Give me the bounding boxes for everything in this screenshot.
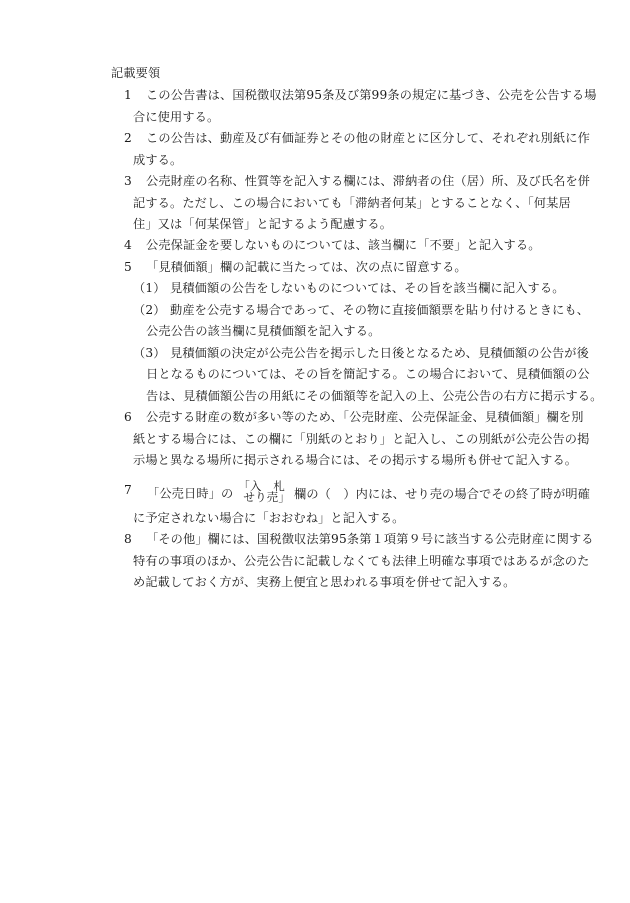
item-2-line-2: 成する。 (133, 153, 182, 167)
item-3-line-2: 記する。ただし、この場合においても「滞納者何某」とすることなく、「何某居 (133, 196, 571, 210)
item-7-line-1: 「公売日時」の「入 札せり売」欄の（ ）内には、せり売の場合でその終了時が明確 (147, 483, 590, 505)
item-1-number: 1 (124, 88, 132, 102)
item-4-line-1: 公売保証金を要しないものについては、該当欄に「不要」と記入する。 (146, 238, 541, 252)
item-7-line-2: に予定されない場合に「おおむね」と記入する。 (133, 511, 404, 525)
item-7-number: 7 (124, 483, 132, 497)
item-3-number: 3 (124, 174, 132, 188)
item-3-line-1: 公売財産の名称、性質等を記入する欄には、滞納者の住（居）所、及び氏名を併 (146, 174, 590, 188)
item-4-number: 4 (124, 238, 132, 252)
item-5-number: 5 (124, 260, 132, 274)
subitem-1-line-1: 見積価額の公告をしないものについては、その旨を該当欄に記入する。 (170, 281, 565, 295)
item-6-line-2: 紙とする場合には、この欄に「別紙のとおり」と記入し、この別紙が公売公告の掲 (133, 432, 590, 446)
item-7-before: 「公売日時」の (147, 487, 233, 501)
item-6-number: 6 (124, 410, 132, 424)
stack-bottom: せり売」 (233, 492, 290, 503)
item-8-number: 8 (124, 532, 132, 546)
item-6-line-1: 公売する財産の数が多い等のため、「公売財産、公売保証金、見積価額」欄を別 (146, 410, 584, 424)
item-1-line-2: 合に使用する。 (133, 110, 219, 124)
subitem-2-line-1: 動産を公売する場合であって、その物に直接価額票を貼り付けるときにも、 (170, 303, 589, 317)
item-5-line-1: 「見積価額」欄の記載に当たっては、次の点に留意する。 (146, 260, 467, 274)
item-8-line-3: め記載しておく方が、実務上便宜と思われる事項を併せて記入する。 (133, 575, 515, 589)
item-3-line-3: 住」又は「何某保管」と記するよう配慮する。 (133, 217, 392, 231)
subitem-2-line-2: 公売公告の該当欄に見積価額を記入する。 (146, 324, 380, 338)
document-page: 記載要領 1 この公告書は、国税徴収法第95条及び第99条の規定に基づき、公売を… (0, 0, 630, 903)
subitem-3-number: （3） (133, 346, 166, 360)
item-6-line-3: 示場と異なる場所に掲示される場合には、その掲示する場所も併せて記入する。 (133, 453, 577, 467)
subitem-3-line-2: 日となるものについては、その旨を簡記する。この場合において、見積価額の公 (146, 367, 590, 381)
item-2-line-1: この公告は、動産及び有価証券とその他の財産とに区分して、それぞれ別紙に作 (146, 131, 590, 145)
item-1-line-1: この公告書は、国税徴収法第95条及び第99条の規定に基づき、公売を公告する場 (146, 88, 597, 102)
subitem-2-number: （2） (133, 303, 166, 317)
subitem-3-line-3: 告は、見積価額公告の用紙にその価額等を記入の上、公売公告の右方に掲示する。 (146, 389, 603, 403)
item-2-number: 2 (124, 131, 132, 145)
item-8-line-1: 「その他」欄には、国税徴収法第95条第１項第９号に該当する公売財産に関する (146, 532, 594, 546)
subitem-1-number: （1） (133, 281, 166, 295)
item-7-stacked-label: 「入 札せり売」 (233, 481, 290, 503)
item-7-after: 欄の（ ）内には、せり売の場合でその終了時が明確 (290, 487, 590, 501)
section-title: 記載要領 (111, 66, 160, 80)
subitem-3-line-1: 見積価額の決定が公売公告を掲示した日後となるため、見積価額の公告が後 (170, 346, 589, 360)
item-8-line-2: 特有の事項のほか、公売公告に記載しなくても法律上明確な事項ではあるが念のた (133, 554, 590, 568)
